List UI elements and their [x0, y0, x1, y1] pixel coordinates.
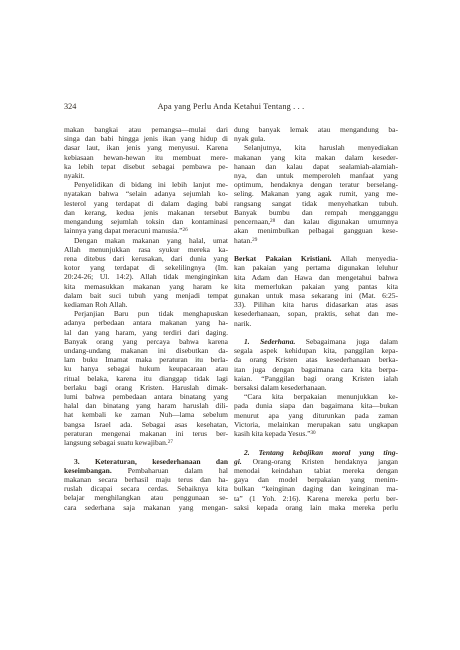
- text-run: nyatakan bahwa “selain adanya sejumlah k…: [64, 189, 228, 198]
- text-run: lumi bahwa pembedaan antara binatang yan…: [64, 392, 228, 401]
- text-line: kan pakaian yang pertama digunakan leluh…: [234, 263, 398, 272]
- text-run: ku hanya sebagai hukum keupacaraan atau: [64, 364, 228, 373]
- text-line: mengandung sejumlah toksin dan kontamina…: [64, 217, 228, 226]
- text-run: saksi kepada orang lain maka mereka perl…: [234, 503, 398, 512]
- text-run: seling. Makanan yang agak rumit, yang me…: [234, 189, 398, 198]
- footnote-ref: 27: [168, 439, 173, 445]
- text-line: rangsang sangat tidak menyehatkan tubuh.: [234, 199, 398, 208]
- text-line: lesterol yang terdapat di dalam daging b…: [64, 199, 228, 208]
- text-line: lam buku Imamat maka peraturan itu berla…: [64, 355, 228, 364]
- text-run: hanaan dan kalau dapat sealamiah-alamiah…: [234, 162, 398, 171]
- text-line: nya, dan untuk memperoleh manfaat yang: [234, 171, 398, 180]
- text-line: kasih kita kepada Yesus.”30: [234, 429, 398, 438]
- text-run: nyakit.: [64, 171, 85, 180]
- text-run: ritual belaka, karena itu dianggap tidak…: [64, 374, 228, 383]
- text-run: bersaksi dalam kesederhanaan.: [234, 383, 327, 392]
- text-run: 1. Sederhana.: [244, 337, 295, 346]
- book-page: 324 Apa yang Perlu Anda Ketahui Tentang …: [0, 0, 460, 650]
- text-run: Berkat Pakaian Kristiani.: [234, 254, 332, 263]
- text-line: belajar menghilangkan atau penggunaan se…: [64, 493, 228, 502]
- text-run: ka lebih tepat disebut sebagai pembawa p…: [64, 162, 228, 171]
- text-run: keseimbangan.: [64, 466, 112, 475]
- text-run: ruslah dicapai secara cerdas. Sebaiknya …: [64, 484, 228, 493]
- text-line: Penyelidikan di bidang ini lebih lanjut …: [64, 180, 228, 189]
- text-run: kotor yang terdapat di sekelilingnya (Im…: [64, 263, 228, 272]
- text-line: pencernaan,28 dan kalau digunakan umumny…: [234, 217, 398, 226]
- text-line: peraturan mengenai makanan ini terus ber…: [64, 429, 228, 438]
- text-line: makanan yang kita makan dalam keseder-: [234, 153, 398, 162]
- text-run: dan kalau digunakan umumnya: [275, 217, 398, 226]
- text-line: cara sederhana saja makanan yang mengan-: [64, 503, 228, 512]
- column-right: dung banyak lemak atau mengandung ba-nya…: [234, 125, 398, 512]
- running-head-title: Apa yang Perlu Anda Ketahui Tentang . . …: [64, 101, 398, 112]
- text-run: rena ditebus dari kerusakan, dari dunia …: [64, 254, 228, 263]
- text-line: seling. Makanan yang agak rumit, yang me…: [234, 189, 398, 198]
- text-run: Allah menyedia-: [332, 254, 398, 263]
- footnote-ref: 26: [183, 227, 188, 233]
- text-line: hanaan dan kalau dapat sealamiah-alamiah…: [234, 162, 398, 171]
- text-line: Banyak bumbu dan rempah mengganggu: [234, 208, 398, 217]
- text-line: bangsa Israel ada. Sebagai asas kesehata…: [64, 420, 228, 429]
- text-run: narik.: [234, 319, 251, 328]
- text-line: nyakit.: [64, 171, 228, 180]
- text-run: Banyak bumbu dan rempah mengganggu: [234, 208, 398, 217]
- text-line: narik.: [234, 319, 398, 328]
- text-run: kita Adam dan Hawa dan mengetahui bahwa: [234, 273, 398, 282]
- text-run: Perjanjian Baru pun tidak menghapuskan: [74, 309, 228, 318]
- text-run: segala aspek kehidupan kita, panggilan k…: [234, 346, 398, 355]
- text-run: peraturan mengenai makanan ini terus ber…: [64, 429, 228, 438]
- text-line: bersaksi dalam kesederhanaan.: [234, 383, 398, 392]
- text-run: menodai keindahan tabiat mereka dengan: [234, 466, 398, 475]
- text-line: menurut apa yang diturunkan pada zaman: [234, 411, 398, 420]
- text-run: berlaku bagi orang Kristen. Haruslah dim…: [64, 383, 228, 392]
- text-run: pada dunia siapa dan bagaimana kita—buka…: [234, 401, 398, 410]
- text-columns: makan bangkai atau pemangsa—mulai darisi…: [64, 125, 398, 512]
- text-run: Orang-orang Kristen hendaknya jangan: [242, 457, 398, 466]
- blank-line: [64, 447, 228, 456]
- text-line: kita memasukkan makanan yang haram ke: [64, 282, 228, 291]
- text-line: da orang Kristen atas kesederhanaan berk…: [234, 355, 398, 364]
- page-header: 324 Apa yang Perlu Anda Ketahui Tentang …: [64, 101, 398, 112]
- text-run: cara sederhana saja makanan yang mengan-: [64, 503, 228, 512]
- text-line: Allah menunjukkan rasa syukur mereka ka-: [64, 245, 228, 254]
- text-line: 2. Tentang kebajikan moral yang ting-: [234, 448, 398, 457]
- text-line: 20:24-26; Ul. 14:2). Allah tidak menging…: [64, 272, 228, 281]
- text-line: kebiasaan hewan-hewan itu membuat mere-: [64, 153, 228, 162]
- text-run: lainnya yang dapat meracuni manusia.”: [64, 226, 183, 235]
- text-line: ku hanya sebagai hukum keupacaraan atau: [64, 364, 228, 373]
- text-line: ka lebih tepat disebut sebagai pembawa p…: [64, 162, 228, 171]
- text-run: nya, dan untuk memperoleh manfaat yang: [234, 171, 398, 180]
- text-line: gaya dan model berpakaian yang menim-: [234, 475, 398, 484]
- text-line: “Cara kita berpakaian menunjukkan ke-: [234, 392, 398, 401]
- text-run: rangsang sangat tidak menyehatkan tubuh.: [234, 199, 398, 208]
- text-line: ta” (1 Yoh. 2:16). Karena mereka perlu b…: [234, 494, 398, 503]
- text-line: berlaku bagi orang Kristen. Haruslah dim…: [64, 383, 228, 392]
- text-run: 33). Pilihan kita harus didasarkan atas …: [234, 300, 398, 309]
- text-line: langsung sebagai suatu kewajiban.27: [64, 438, 228, 447]
- text-run: lesterol yang terdapat di dalam daging b…: [64, 199, 228, 208]
- text-run: adanya perbedaan antara makanan yang ha-: [64, 318, 228, 327]
- text-line: lumi bahwa pembedaan antara binatang yan…: [64, 392, 228, 401]
- text-run: bangsa Israel ada. Sebagai asas kesehata…: [64, 420, 228, 429]
- text-run: makanan secara berhasil maju terus dan h…: [64, 475, 228, 484]
- text-line: hatan.29: [234, 236, 398, 245]
- text-line: kotor yang terdapat di sekelilingnya (Im…: [64, 263, 228, 272]
- text-run: hat kembali ke zaman Nuh—lama sebelum: [64, 410, 228, 419]
- text-line: adanya perbedaan antara makanan yang ha-: [64, 318, 228, 327]
- text-line: undang-undang makanan ini disebutkan da-: [64, 346, 228, 355]
- text-line: kita memerlukan pakaian yang pantas kita: [234, 282, 398, 291]
- text-line: Dengan makan makanan yang halal, umat: [64, 236, 228, 245]
- text-run: mengandung sejumlah toksin dan kontamina…: [64, 217, 228, 226]
- text-line: nyak gula.: [234, 134, 398, 143]
- text-line: segala aspek kehidupan kita, panggilan k…: [234, 346, 398, 355]
- text-run: pencernaan,: [234, 217, 270, 226]
- text-line: gunakan untuk masa sekarang ini (Mat. 6:…: [234, 291, 398, 300]
- text-line: makanan secara berhasil maju terus dan h…: [64, 475, 228, 484]
- footnote-ref: 29: [252, 237, 257, 243]
- text-run: dung banyak lemak atau mengandung ba-: [234, 125, 398, 134]
- text-line: singa dan babi hingga jenis ikan yang hi…: [64, 134, 228, 143]
- text-run: Penyelidikan di bidang ini lebih lanjut …: [74, 180, 228, 189]
- text-run: kan pakaian yang pertama digunakan leluh…: [234, 263, 398, 272]
- text-run: da orang Kristen atas kesederhanaan berk…: [234, 355, 398, 364]
- text-line: akan menimbulkan pelbagai gangguan kese-: [234, 226, 398, 235]
- text-line: kaian. “Panggilan bagi orang Kristen ial…: [234, 374, 398, 383]
- blank-line: [234, 245, 398, 254]
- text-run: gunakan untuk masa sekarang ini (Mat. 6:…: [234, 291, 398, 300]
- text-line: kesederhanaan, sopan, praktis, sehat dan…: [234, 309, 398, 318]
- text-run: lam buku Imamat maka peraturan itu berla…: [64, 355, 228, 364]
- text-run: kita memasukkan makanan yang haram ke: [64, 282, 228, 291]
- text-line: makan bangkai atau pemangsa—mulai dari: [64, 125, 228, 134]
- text-run: Victoria, melainkan merupakan satu ungka…: [234, 420, 398, 429]
- text-line: lal dan yang haram, yang terdiri dari da…: [64, 328, 228, 337]
- text-run: lal dan yang haram, yang terdiri dari da…: [64, 328, 228, 337]
- text-run: Selanjutnya, kita haruslah menyediakan: [244, 143, 398, 152]
- text-line: ritual belaka, karena itu dianggap tidak…: [64, 374, 228, 383]
- text-run: optimum, hendaknya dengan teratur bersel…: [234, 180, 398, 189]
- text-run: 2. Tentang kebajikan moral yang ting-: [244, 448, 398, 457]
- column-left: makan bangkai atau pemangsa—mulai darisi…: [64, 125, 228, 512]
- text-line: hat kembali ke zaman Nuh—lama sebelum: [64, 410, 228, 419]
- text-run: nyak gula.: [234, 134, 265, 143]
- text-run: kesederhanaan, sopan, praktis, sehat dan…: [234, 309, 398, 318]
- text-run: Banyak orang yang percaya bahwa karena: [64, 337, 228, 346]
- text-run: kita memerlukan pakaian yang pantas kita: [234, 282, 398, 291]
- text-line: nyatakan bahwa “selain adanya sejumlah k…: [64, 189, 228, 198]
- text-line: optimum, hendaknya dengan teratur bersel…: [234, 180, 398, 189]
- text-line: saksi kepada orang lain maka mereka perl…: [234, 503, 398, 512]
- text-run: dasar laut, ikan jenis yang menyusui. Ka…: [64, 143, 228, 152]
- text-run: kediaman Roh Allah.: [64, 300, 128, 309]
- text-line: Perjanjian Baru pun tidak menghapuskan: [64, 309, 228, 318]
- text-line: itan juga dengan bagaimana cara kita ber…: [234, 365, 398, 374]
- text-run: Sebagaimana juga dalam: [295, 337, 398, 346]
- text-line: gi. Orang-orang Kristen hendaknya jangan: [234, 457, 398, 466]
- text-line: Selanjutnya, kita haruslah menyediakan: [234, 143, 398, 152]
- text-line: rena ditebus dari kerusakan, dari dunia …: [64, 254, 228, 263]
- text-line: halal dan binatang yang haram haruslah d…: [64, 401, 228, 410]
- text-run: langsung sebagai suatu kewajiban.: [64, 438, 168, 447]
- text-run: Pembaharuan dalam hal: [112, 466, 228, 475]
- text-line: dan kerang, kedua jenis makanan tersebut: [64, 208, 228, 217]
- text-run: “Cara kita berpakaian menunjukkan ke-: [244, 392, 398, 401]
- text-run: kasih kita kepada Yesus.”: [234, 429, 310, 438]
- text-run: dalam bait suci tubuh yang menjadi tempa…: [64, 291, 228, 300]
- text-line: kediaman Roh Allah.: [64, 300, 228, 309]
- text-run: menurut apa yang diturunkan pada zaman: [234, 411, 398, 420]
- text-line: 33). Pilihan kita harus didasarkan atas …: [234, 300, 398, 309]
- text-run: undang-undang makanan ini disebutkan da-: [64, 346, 228, 355]
- footnote-ref: 30: [310, 430, 315, 436]
- text-run: hatan.: [234, 236, 252, 245]
- text-run: Allah menunjukkan rasa syukur mereka ka-: [64, 245, 228, 254]
- text-run: kebiasaan hewan-hewan itu membuat mere-: [64, 153, 228, 162]
- text-line: dung banyak lemak atau mengandung ba-: [234, 125, 398, 134]
- text-run: 20:24-26; Ul. 14:2). Allah tidak menging…: [64, 272, 228, 281]
- text-line: keseimbangan. Pembaharuan dalam hal: [64, 466, 228, 475]
- text-run: 3. Keteraturan, kesederhanaan dan: [74, 457, 228, 466]
- text-run: makan bangkai atau pemangsa—mulai dari: [64, 125, 228, 134]
- text-run: gi.: [234, 457, 242, 466]
- text-line: Victoria, melainkan merupakan satu ungka…: [234, 420, 398, 429]
- text-line: 1. Sederhana. Sebagaimana juga dalam: [234, 337, 398, 346]
- text-run: akan menimbulkan pelbagai gangguan kese-: [234, 226, 398, 235]
- text-line: dasar laut, ikan jenis yang menyusui. Ka…: [64, 143, 228, 152]
- text-run: halal dan binatang yang haram haruslah d…: [64, 401, 228, 410]
- text-run: gaya dan model berpakaian yang menim-: [234, 475, 398, 484]
- text-line: Banyak orang yang percaya bahwa karena: [64, 337, 228, 346]
- text-run: dan kerang, kedua jenis makanan tersebut: [64, 208, 228, 217]
- text-line: pada dunia siapa dan bagaimana kita—buka…: [234, 401, 398, 410]
- text-run: Dengan makan makanan yang halal, umat: [74, 236, 228, 245]
- text-line: dalam bait suci tubuh yang menjadi tempa…: [64, 291, 228, 300]
- text-line: kita Adam dan Hawa dan mengetahui bahwa: [234, 273, 398, 282]
- text-line: ruslah dicapai secara cerdas. Sebaiknya …: [64, 484, 228, 493]
- text-line: 3. Keteraturan, kesederhanaan dan: [64, 457, 228, 466]
- text-run: makanan yang kita makan dalam keseder-: [234, 153, 398, 162]
- text-run: singa dan babi hingga jenis ikan yang hi…: [64, 134, 228, 143]
- text-run: kaian. “Panggilan bagi orang Kristen ial…: [234, 374, 398, 383]
- text-line: bulkan “keinginan daging dan keinginan m…: [234, 484, 398, 493]
- blank-line: [234, 328, 398, 337]
- page-number: 324: [64, 101, 76, 112]
- blank-line: [234, 438, 398, 447]
- text-run: bulkan “keinginan daging dan keinginan m…: [234, 484, 398, 493]
- text-run: itan juga dengan bagaimana cara kita ber…: [234, 365, 398, 374]
- text-run: ta” (1 Yoh. 2:16). Karena mereka perlu b…: [234, 494, 398, 503]
- text-line: menodai keindahan tabiat mereka dengan: [234, 466, 398, 475]
- text-line: lainnya yang dapat meracuni manusia.”26: [64, 226, 228, 235]
- text-line: Berkat Pakaian Kristiani. Allah menyedia…: [234, 254, 398, 263]
- text-run: belajar menghilangkan atau penggunaan se…: [64, 493, 228, 502]
